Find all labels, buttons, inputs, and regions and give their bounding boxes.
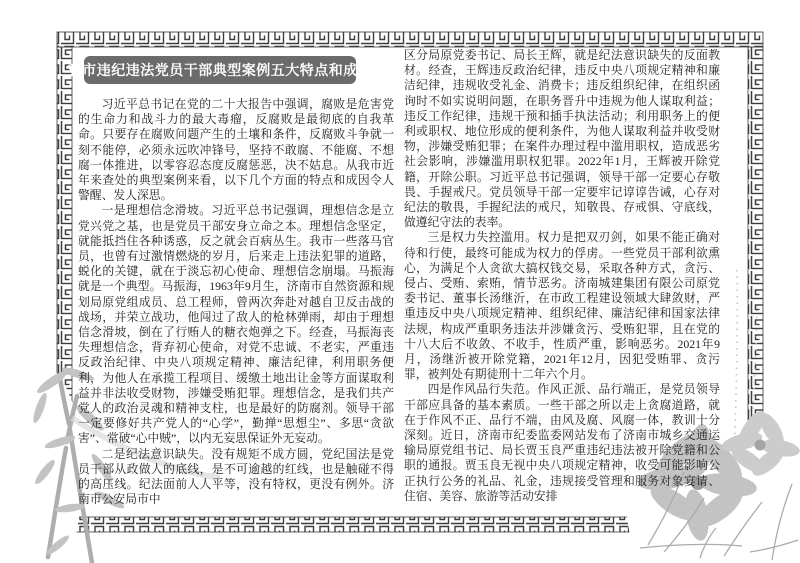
document-title: 我市违纪违法党员干部典型案例五大特点和成因 (68, 60, 373, 80)
document-title-banner: 我市违纪违法党员干部典型案例五大特点和成因 (84, 56, 356, 84)
text-column-left: 习近平总书记在党的二十大报告中强调，腐败是危害党的生命力和战斗力的最大毒瘤，反腐… (78, 97, 394, 507)
paragraph-point-three: 三是权力失控滥用。权力是把双刃剑，如果不能正确对待和行使，最终可能成为权力的俘虏… (404, 230, 720, 382)
paragraph-point-two-start: 二是纪法意识缺失。没有规矩不成方圆，党纪国法是党员干部从政做人的底线，是不可逾越… (78, 447, 394, 508)
paragraph-intro: 习近平总书记在党的二十大报告中强调，腐败是危害党的生命力和战斗力的最大毒瘤，反腐… (78, 97, 394, 203)
paragraph-point-two-continued: 区分局原党委书记、局长王辉，就是纪法意识缺失的反面教材。经查，王辉违反政治纪律，… (404, 48, 720, 230)
document-page: 我市违纪违法党员干部典型案例五大特点和成因 习近平总书记在党的二十大报告中强调，… (0, 0, 800, 563)
paragraph-point-one: 一是理想信念滑坡。习近平总书记强调，理想信念是立党兴党之基，也是党员干部安身立命… (78, 203, 394, 446)
paragraph-point-four: 四是作风品行失范。作风正派、品行端正，是党员领导干部应具备的基本素质。一些干部之… (404, 382, 720, 504)
text-column-right: 区分局原党委书记、局长王辉，就是纪法意识缺失的反面教材。经查，王辉违反政治纪律，… (404, 48, 720, 504)
